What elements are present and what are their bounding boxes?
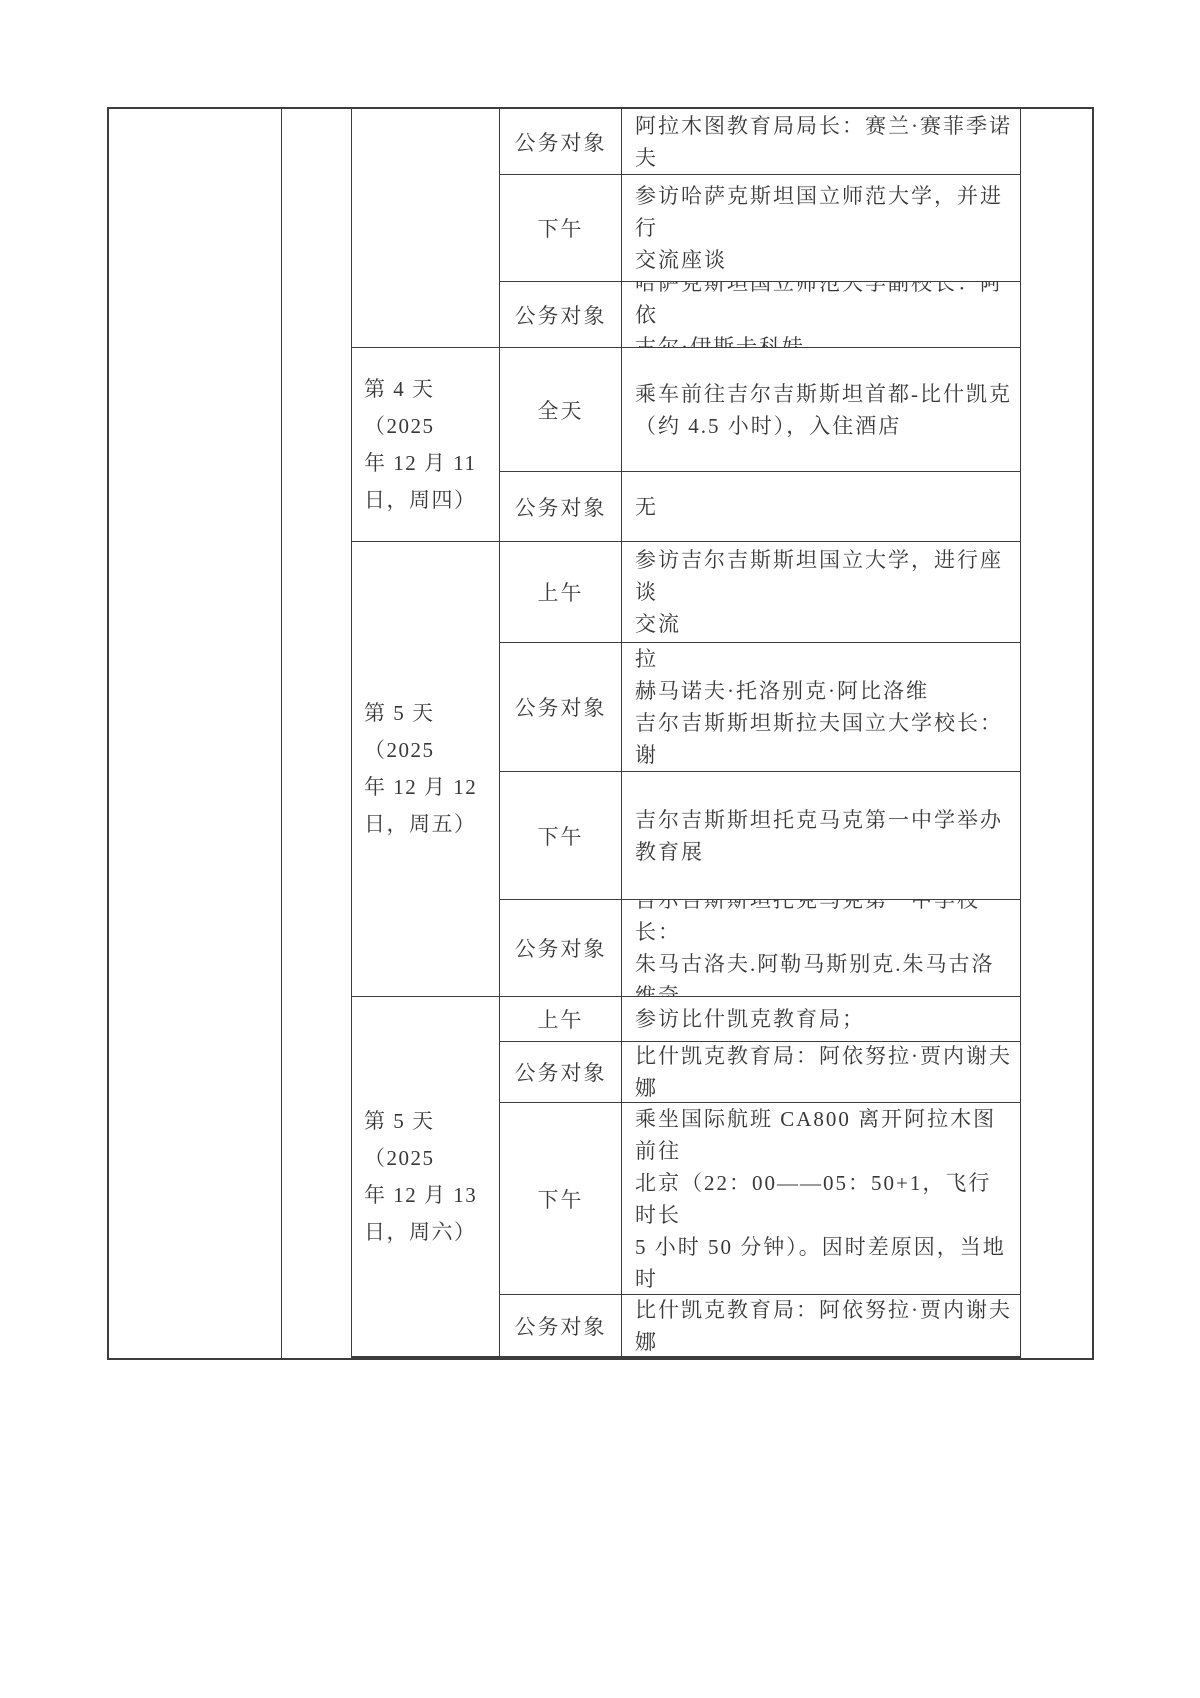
row-label-official-contacts: 公务对象 — [500, 643, 622, 772]
activity-cell: 参访比什凯克教育局； — [622, 997, 1021, 1042]
date-cell-day4: 第 4 天（2025 年 12 月 11 日，周四） — [352, 348, 500, 542]
activity-cell: 参访吉尔吉斯斯坦国立大学，进行座谈 交流 — [622, 542, 1021, 643]
activity-cell: 无 — [622, 472, 1021, 542]
row-label-official-contacts: 公务对象 — [500, 109, 622, 175]
empty-right-column — [1021, 109, 1092, 1358]
row-label-official-contacts: 公务对象 — [500, 900, 622, 997]
row-label-all-day: 全天 — [500, 348, 622, 472]
activity-cell: 参访哈萨克斯坦国立师范大学，并进行 交流座谈 — [622, 175, 1021, 282]
activity-cell: 比什凯克教育局：阿依努拉·贾内谢夫 娜 — [622, 1295, 1021, 1358]
activity-cell: 乘车前往吉尔吉斯斯坦首都-比什凯克 （约 4.5 小时），入住酒店 — [622, 348, 1021, 472]
row-label-morning: 上午 — [500, 997, 622, 1042]
activity-cell: 阿拉木图教育局局长：赛兰·赛菲季诺 夫 — [622, 109, 1021, 175]
row-label-official-contacts: 公务对象 — [500, 1042, 622, 1103]
row-label-afternoon: 下午 — [500, 772, 622, 900]
row-label-official-contacts: 公务对象 — [500, 282, 622, 348]
document-page: 第 4 天（2025 年 12 月 11 日，周四） 第 5 天（2025 年 … — [0, 0, 1200, 1698]
date-cell-day6: 第 5 天（2025 年 12 月 13 日，周六） — [352, 997, 500, 1358]
row-label-afternoon: 下午 — [500, 1103, 622, 1295]
activity-cell: 吉尔吉斯斯坦国立大学校长：阿布杜拉 赫马诺夫·托洛别克·阿比洛维 吉尔吉斯斯坦斯… — [622, 643, 1021, 772]
empty-second-column — [282, 109, 352, 1358]
itinerary-table: 第 4 天（2025 年 12 月 11 日，周四） 第 5 天（2025 年 … — [107, 107, 1094, 1360]
date-cell-day5: 第 5 天（2025 年 12 月 12 日，周五） — [352, 542, 500, 997]
activity-cell: 吉尔吉斯斯坦托克马克第一中学举办 教育展 — [622, 772, 1021, 900]
date-cell-day3-continued — [352, 109, 500, 348]
row-label-official-contacts: 公务对象 — [500, 1295, 622, 1358]
row-label-afternoon: 下午 — [500, 175, 622, 282]
activity-cell: 哈萨克斯坦国立师范大学副校长：阿依 古尔·伊斯卡科娃 — [622, 282, 1021, 348]
activity-cell: 吉尔吉斯斯坦托克马克第一中学校长： 朱马古洛夫.阿勒马斯别克.朱马古洛 维奇 — [622, 900, 1021, 997]
activity-cell: 比什凯克教育局：阿依努拉·贾内谢夫 娜 — [622, 1042, 1021, 1103]
row-label-official-contacts: 公务对象 — [500, 472, 622, 542]
empty-left-column — [109, 109, 282, 1358]
row-label-morning: 上午 — [500, 542, 622, 643]
activity-cell: 吉尔吉斯斯坦比什凯克第二中等普通 教育学校中学举办教育展 乘坐国际航班 CA80… — [622, 1103, 1021, 1295]
